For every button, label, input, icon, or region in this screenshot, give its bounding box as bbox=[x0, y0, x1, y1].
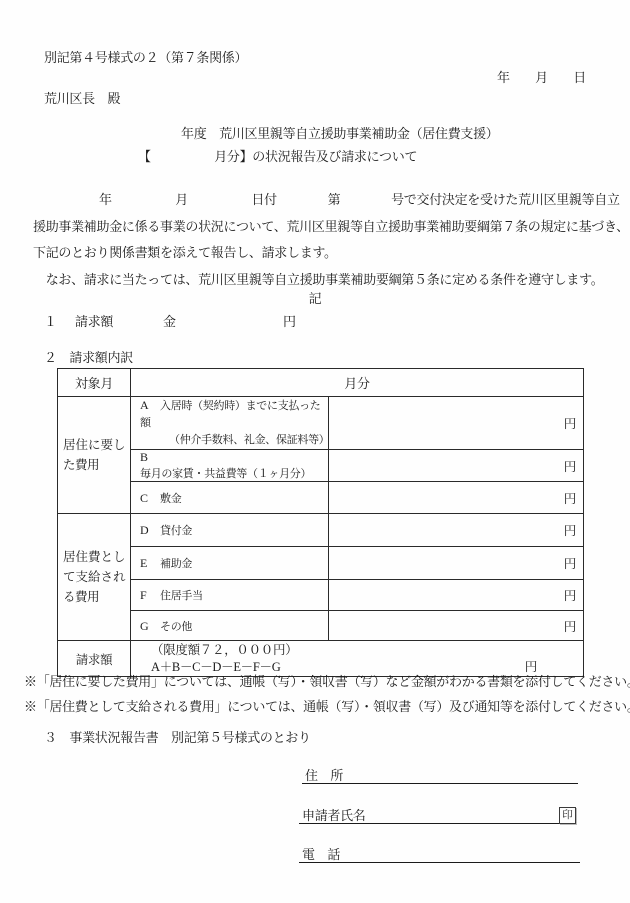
amount-unit: 円 bbox=[329, 547, 584, 580]
group-label-housing-benefits: 居住費として支給される費用 bbox=[58, 514, 131, 641]
row-code: F bbox=[140, 588, 160, 603]
table-row: 居住に要した費用 A入居時（契約時）までに支払った額 （仲介手数料、礼金、保証料… bbox=[58, 397, 584, 450]
row-label: 補助金 bbox=[160, 558, 192, 570]
table-row: B毎月の家賃・共益費等（１ヶ月分） 円 bbox=[58, 450, 584, 482]
date-line: 年 月 日 bbox=[497, 67, 586, 86]
row-label: 敷金 bbox=[160, 493, 181, 505]
row-sublabel: （仲介手数料、礼金、保証料等） bbox=[140, 432, 328, 449]
table-row: Gその他 円 bbox=[58, 611, 584, 641]
applicant-name-field: 申請者氏名 bbox=[299, 805, 560, 824]
report-attachment-heading: ３ 事業状況報告書 別記第５号様式のとおり bbox=[44, 727, 311, 746]
total-limit-note: （限度額７２，０００円） bbox=[131, 642, 583, 659]
phone-label: 電 話 bbox=[302, 847, 340, 862]
amount-unit: 円 bbox=[329, 397, 584, 450]
form-number: 別記第４号様式の２（第７条関係） bbox=[44, 47, 247, 66]
group-label-housing-costs: 居住に要した費用 bbox=[58, 397, 131, 514]
table-row: E補助金 円 bbox=[58, 547, 584, 580]
row-label: 住居手当 bbox=[160, 590, 203, 602]
document-title-line1: 年度 荒川区里親等自立援助事業補助金（居住費支援） bbox=[181, 123, 499, 142]
phone-field: 電 話 bbox=[299, 844, 580, 863]
row-code: G bbox=[140, 619, 160, 634]
addressee: 荒川区長 殿 bbox=[44, 88, 120, 107]
row-code: B bbox=[140, 450, 160, 465]
item1-number: １ bbox=[44, 311, 57, 330]
row-label: 入居時（契約時）までに支払った額 bbox=[140, 400, 321, 429]
body-line-2: 援助事業補助金に係る事業の状況について、荒川区里親等自立援助事業補助要綱第７条の… bbox=[33, 214, 597, 241]
amount-unit: 円 bbox=[329, 450, 584, 482]
table-row: F住居手当 円 bbox=[58, 580, 584, 611]
table-row: 居住費として支給される費用 D貸付金 円 bbox=[58, 514, 584, 547]
body-line-3: 下記のとおり関係書類を添えて報告し、請求します。 bbox=[33, 240, 597, 267]
row-code: A bbox=[140, 397, 160, 414]
table-row: C敷金 円 bbox=[58, 482, 584, 514]
item1-label: 請求額 bbox=[75, 311, 113, 330]
breakdown-heading: ２ 請求額内訳 bbox=[44, 347, 133, 366]
col-header-month: 月分 bbox=[131, 369, 584, 397]
row-code: D bbox=[140, 523, 160, 538]
applicant-name-label: 申請者氏名 bbox=[302, 808, 366, 823]
document-title-line2: 【 月分】の状況報告及び請求について bbox=[138, 146, 417, 165]
document-page: 別記第４号様式の２（第７条関係） 年 月 日 荒川区長 殿 年度 荒川区里親等自… bbox=[0, 0, 630, 903]
item1-currency-prefix: 金 bbox=[163, 311, 176, 330]
address-label: 住 所 bbox=[305, 768, 343, 783]
body-line-1: 年 月 日付 第 号で交付決定を受けた荒川区里親等自立 bbox=[33, 187, 597, 214]
amount-unit: 円 bbox=[329, 482, 584, 514]
row-label: 貸付金 bbox=[160, 525, 192, 537]
claim-breakdown-table: 対象月 月分 居住に要した費用 A入居時（契約時）までに支払った額 （仲介手数料… bbox=[57, 368, 584, 677]
amount-unit: 円 bbox=[329, 580, 584, 611]
item1-unit: 円 bbox=[283, 311, 296, 330]
attachment-notes: ※「居住に要した費用」については、通帳（写）・領収書（写）など金額がわかる書類を… bbox=[24, 670, 630, 719]
seal-mark: 印 bbox=[559, 807, 576, 824]
row-code: E bbox=[140, 556, 160, 571]
body-paragraph: 年 月 日付 第 号で交付決定を受けた荒川区里親等自立 援助事業補助金に係る事業… bbox=[33, 187, 597, 293]
note-housing-benefits: ※「居住費として支給される費用」については、通帳（写）・領収書（写）及び通知等を… bbox=[24, 695, 630, 720]
record-marker: 記 bbox=[0, 288, 630, 307]
col-header-target-month: 対象月 bbox=[58, 369, 131, 397]
row-label: 毎月の家賃・共益費等（１ヶ月分） bbox=[140, 468, 311, 480]
amount-unit: 円 bbox=[329, 514, 584, 547]
note-housing-costs: ※「居住に要した費用」については、通帳（写）・領収書（写）など金額がわかる書類を… bbox=[24, 670, 630, 695]
row-label: その他 bbox=[160, 621, 192, 633]
address-field: 住 所 bbox=[302, 765, 578, 784]
row-code: C bbox=[140, 491, 160, 506]
amount-unit: 円 bbox=[329, 611, 584, 641]
